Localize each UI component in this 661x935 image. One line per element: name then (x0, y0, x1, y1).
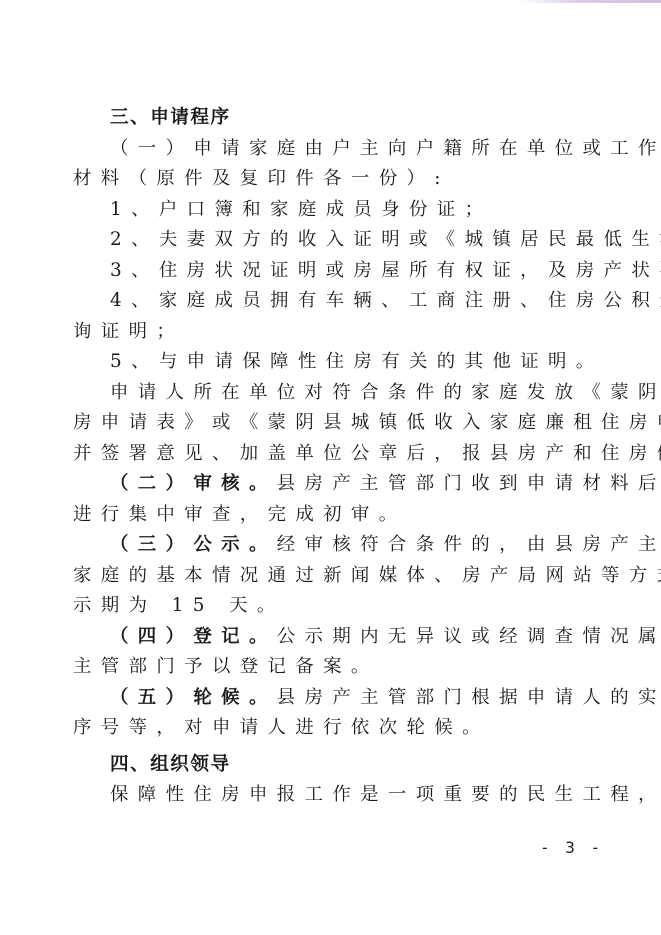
step5-label: （五）轮候。 (110, 687, 277, 708)
scan-artifact (520, 0, 661, 3)
section-heading-application-procedure: 三、申请程序 (73, 103, 580, 134)
section4-line1: 保障性住房申报工作是一项重要的民生工程，政策性强，涉 (73, 780, 580, 811)
page-number: - 3 - (540, 838, 603, 857)
materials-item-3: 3、住房状况证明或房屋所有权证，及房产状况查询证明； (73, 256, 580, 287)
materials-item-4-cont: 询证明； (73, 317, 580, 348)
step5-text: 县房产主管部门根据申请人的实际情况、安置 (277, 687, 661, 708)
note-line-1: 申请人所在单位对符合条件的家庭发放《蒙阴县经济适用住 (73, 378, 580, 409)
step3-line1: （三）公示。经审核符合条件的，由县房产主管部门将申请 (73, 530, 580, 561)
step3-line3: 示期为 15 天。 (73, 591, 580, 622)
note-line-3: 并签署意见、加盖单位公章后，报县房产和住房保障局。 (73, 439, 580, 470)
materials-item-2: 2、夫妻双方的收入证明或《城镇居民最低生活保障证》; (73, 225, 580, 256)
step3-text: 经审核符合条件的，由县房产主管部门将申请 (277, 534, 661, 555)
step5-line2: 序号等，对申请人进行依次轮候。 (73, 713, 580, 744)
section-heading-organization-leadership: 四、组织领导 (73, 750, 580, 781)
step3-line2: 家庭的基本情况通过新闻媒体、房产局网站等方式进行公示，公 (73, 561, 580, 592)
step5-line1: （五）轮候。县房产主管部门根据申请人的实际情况、安置 (73, 683, 580, 714)
step4-line2: 主管部门予以登记备案。 (73, 652, 580, 683)
step4-line1: （四）登记。公示期内无异议或经调查情况属实的，县房产 (73, 622, 580, 653)
step3-label: （三）公示。 (110, 534, 277, 555)
step2-line1: （二）审核。县房产主管部门收到申请材料后，对申请家庭 (73, 469, 580, 500)
materials-item-1: 1、户口簿和家庭成员身份证； (73, 195, 580, 226)
document-page: 三、申请程序 （一）申请家庭由户主向户籍所在单位或工作单位提供以下 材料（原件及… (73, 103, 580, 811)
step2-label: （二）审核。 (110, 473, 277, 494)
materials-item-5: 5、与申请保障性住房有关的其他证明。 (73, 347, 580, 378)
step4-label: （四）登记。 (110, 626, 277, 647)
note-line-2: 房申请表》或《蒙阴县城镇低收入家庭廉租住房申请表》，经核实 (73, 408, 580, 439)
step2-text: 县房产主管部门收到申请材料后，对申请家庭 (277, 473, 661, 494)
step1-line2: 材料（原件及复印件各一份）: (73, 164, 580, 195)
step1-line1: （一）申请家庭由户主向户籍所在单位或工作单位提供以下 (73, 134, 580, 165)
step2-line2: 进行集中审查，完成初审。 (73, 500, 580, 531)
step4-text: 公示期内无异议或经调查情况属实的，县房产 (277, 626, 661, 647)
materials-item-4: 4、家庭成员拥有车辆、工商注册、住房公积金缴存等情况查 (73, 286, 580, 317)
